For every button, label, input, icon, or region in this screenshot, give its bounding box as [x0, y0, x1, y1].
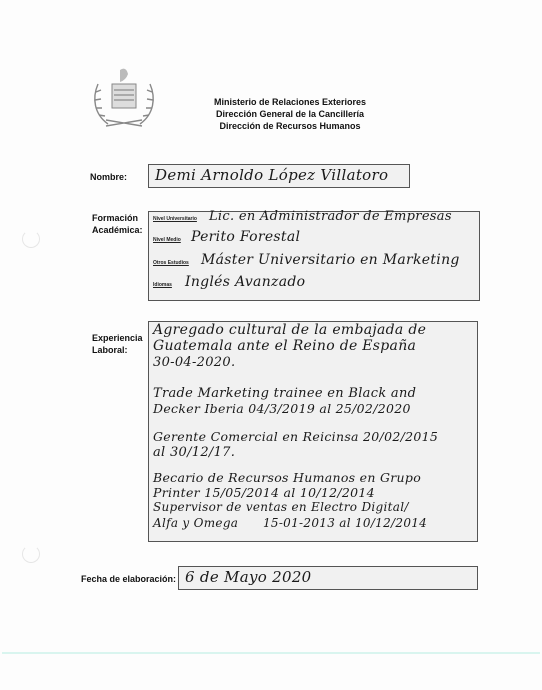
formacion-label: Formación Académica:: [92, 212, 143, 236]
experiencia-line: Guatemala ante el Reino de España: [153, 338, 416, 354]
experiencia-line: al 30/12/17.: [153, 445, 235, 460]
nombre-field[interactable]: Demi Arnoldo López Villatoro: [148, 164, 410, 188]
nivel-universitario-value: Lic. en Administrador de Empresas: [209, 209, 452, 224]
otros-estudios-value: Máster Universitario en Marketing: [201, 252, 460, 268]
experiencia-line: 30-04-2020.: [153, 355, 235, 370]
nombre-value: Demi Arnoldo López Villatoro: [155, 166, 388, 184]
punch-hole: [22, 230, 40, 248]
coat-of-arms-icon: [86, 62, 162, 138]
punch-hole: [22, 545, 40, 563]
institution-header: Ministerio de Relaciones Exteriores Dire…: [180, 96, 400, 132]
experiencia-line: Gerente Comercial en Reicinsa 20/02/2015: [153, 429, 438, 444]
experiencia-label: Experiencia Laboral:: [92, 332, 143, 356]
formacion-box[interactable]: Nivel Universitario Lic. en Administrado…: [148, 211, 480, 301]
header-ministry: Ministerio de Relaciones Exteriores: [180, 96, 400, 108]
formacion-label-line2: Académica:: [92, 224, 143, 236]
fecha-value: 6 de Mayo 2020: [185, 568, 312, 586]
experiencia-line: Supervisor de ventas en Electro Digital/: [153, 500, 409, 514]
experiencia-line: Trade Marketing trainee en Black and: [153, 386, 416, 401]
experiencia-box[interactable]: Agregado cultural de la embajada de Guat…: [148, 321, 478, 542]
experiencia-label-line1: Experiencia: [92, 332, 143, 344]
experiencia-line: Agregado cultural de la embajada de: [153, 322, 426, 338]
experiencia-label-line2: Laboral:: [92, 344, 143, 356]
nombre-label: Nombre:: [90, 171, 127, 183]
nivel-universitario-label: Nivel Universitario: [153, 216, 197, 222]
experiencia-line: Decker Iberia 04/3/2019 al 25/02/2020: [153, 401, 411, 416]
idiomas-value: Inglés Avanzado: [185, 274, 305, 290]
fecha-label: Fecha de elaboración:: [81, 573, 176, 585]
formacion-label-line1: Formación: [92, 212, 143, 224]
header-directorate: Dirección General de la Cancillería: [180, 108, 400, 120]
experiencia-line: Alfa y Omega 15-01-2013 al 10/12/2014: [153, 516, 427, 530]
otros-estudios-label: Otros Estudios: [153, 260, 189, 266]
fecha-field[interactable]: 6 de Mayo 2020: [178, 566, 478, 590]
page-edge-line: [2, 652, 540, 654]
experiencia-line: Becario de Recursos Humanos en Grupo: [153, 470, 421, 485]
nivel-medio-value: Perito Forestal: [191, 229, 300, 245]
idiomas-label: Idiomas: [153, 282, 172, 288]
experiencia-line: Printer 15/05/2014 al 10/12/2014: [153, 485, 375, 500]
header-department: Dirección de Recursos Humanos: [180, 120, 400, 132]
nivel-medio-label: Nivel Medio: [153, 237, 181, 243]
